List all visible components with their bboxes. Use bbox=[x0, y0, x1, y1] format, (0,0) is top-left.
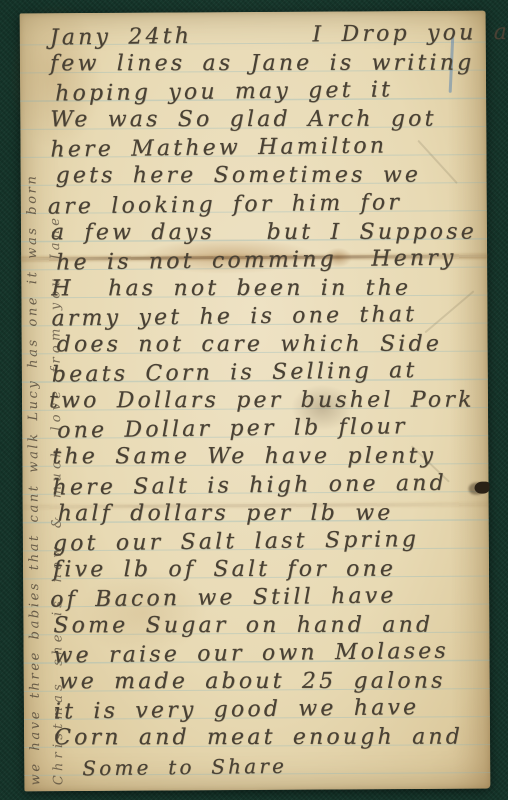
letter-line: we raise our own Molases bbox=[53, 637, 481, 670]
letter-line: the Same We have plenty bbox=[52, 443, 480, 472]
letter-line: of Bacon we Still have bbox=[50, 581, 481, 614]
letter-line: Some to Share bbox=[82, 750, 482, 783]
letter-line: gets here Sometimes we bbox=[56, 162, 479, 191]
letter-line: We was So glad Arch got bbox=[50, 106, 478, 135]
letter-line: a few days but I Suppose bbox=[51, 218, 479, 247]
letter-line: are looking for him for bbox=[48, 188, 479, 221]
letter-line: hoping you may get it bbox=[55, 76, 478, 109]
letter-paper: Jany 24th I Drop you afew lines as Jane … bbox=[20, 11, 491, 792]
scan-background: Jany 24th I Drop you afew lines as Jane … bbox=[0, 0, 508, 800]
letter-text: Jany 24th I Drop you afew lines as Jane … bbox=[50, 21, 483, 782]
letter-line: here Mathew Hamilton bbox=[50, 132, 478, 165]
letter-line: beats Corn is Selling at bbox=[52, 356, 480, 389]
letter-line: Corn and meat enough and bbox=[54, 724, 482, 753]
letter-line: got our Salt last Spring bbox=[53, 525, 481, 558]
letter-line: it is very good we have bbox=[54, 694, 482, 727]
letter-line: Some Sugar on hand and bbox=[53, 612, 481, 641]
letter-line: Jany 24th I Drop you a bbox=[50, 19, 478, 52]
letter-line: one Dollar per lb flour bbox=[57, 413, 480, 446]
letter-line: does not care which Side bbox=[57, 331, 480, 360]
letter-line: two Dollars per bushel Pork bbox=[49, 387, 480, 416]
letter-line: we made about 25 galons bbox=[59, 668, 482, 697]
letter-line: here Salt is high one and bbox=[52, 469, 480, 502]
letter-line: H has not been in the bbox=[51, 274, 479, 303]
letter-line: army yet he is one that bbox=[51, 300, 479, 333]
letter-line: half dollars per lb we bbox=[58, 499, 481, 528]
letter-line: few lines as Jane is writing bbox=[50, 50, 478, 79]
letter-line: he is not comming Henry bbox=[56, 244, 479, 277]
letter-line: five lb of Salt for one bbox=[53, 555, 481, 584]
margin-note-outer: we have three babies that cant walk Lucy… bbox=[24, 25, 44, 785]
